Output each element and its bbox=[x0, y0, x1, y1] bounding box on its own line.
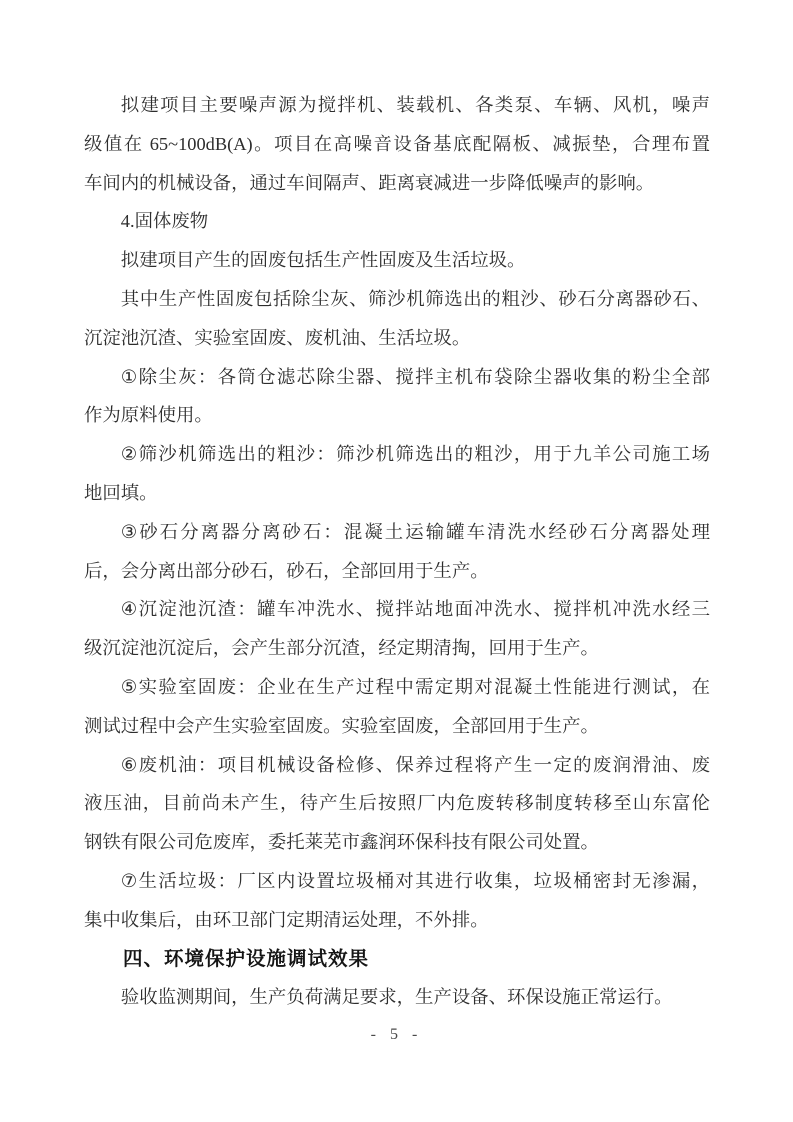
text-line: 钢铁有限公司危废库，委托莱芜市鑫润环保科技有限公司处置。 bbox=[84, 823, 710, 862]
paragraph: 拟建项目主要噪声源为搅拌机、装载机、各类泵、车辆、风机，噪声级值在 65~100… bbox=[84, 86, 710, 202]
text-line: 液压油，目前尚未产生，待产生后按照厂内危废转移制度转移至山东富伦 bbox=[84, 784, 710, 823]
text-line: ①除尘灰：各筒仓滤芯除尘器、搅拌主机布袋除尘器收集的粉尘全部 bbox=[84, 358, 710, 397]
paragraph: 4.固体废物 bbox=[84, 202, 710, 241]
text-line: 作为原料使用。 bbox=[84, 396, 710, 435]
paragraph: ①除尘灰：各筒仓滤芯除尘器、搅拌主机布袋除尘器收集的粉尘全部作为原料使用。 bbox=[84, 358, 710, 436]
text-line: 级值在 65~100dB(A)。项目在高噪音设备基底配隔板、减振垫，合理布置 bbox=[84, 125, 710, 164]
text-line: 其中生产性固废包括除尘灰、筛沙机筛选出的粗沙、砂石分离器砂石、 bbox=[84, 280, 710, 319]
text-line: 测试过程中会产生实验室固废。实验室固废，全部回用于生产。 bbox=[84, 707, 710, 746]
paragraph: 其中生产性固废包括除尘灰、筛沙机筛选出的粗沙、砂石分离器砂石、沉淀池沉渣、实验室… bbox=[84, 280, 710, 358]
paragraph: ⑥废机油：项目机械设备检修、保养过程将产生一定的废润滑油、废液压油，目前尚未产生… bbox=[84, 746, 710, 862]
paragraph: ②筛沙机筛选出的粗沙：筛沙机筛选出的粗沙，用于九羊公司施工场地回填。 bbox=[84, 435, 710, 513]
text-line: 验收监测期间，生产负荷满足要求，生产设备、环保设施正常运行。 bbox=[84, 978, 710, 1017]
text-line: 拟建项目主要噪声源为搅拌机、装载机、各类泵、车辆、风机，噪声 bbox=[84, 86, 710, 125]
paragraph: 拟建项目产生的固废包括生产性固废及生活垃圾。 bbox=[84, 241, 710, 280]
paragraph: ⑦生活垃圾：厂区内设置垃圾桶对其进行收集，垃圾桶密封无渗漏，集中收集后，由环卫部… bbox=[84, 862, 710, 940]
section-heading: 四、环境保护设施调试效果 bbox=[84, 940, 710, 979]
paragraph: ③砂石分离器分离砂石：混凝土运输罐车清洗水经砂石分离器处理后，会分离出部分砂石，… bbox=[84, 513, 710, 591]
text-line: 4.固体废物 bbox=[84, 202, 710, 241]
text-line: 集中收集后，由环卫部门定期清运处理，不外排。 bbox=[84, 901, 710, 940]
text-line: 后，会分离出部分砂石，砂石，全部回用于生产。 bbox=[84, 552, 710, 591]
paragraph: 验收监测期间，生产负荷满足要求，生产设备、环保设施正常运行。 bbox=[84, 978, 710, 1017]
text-line: ④沉淀池沉渣：罐车冲洗水、搅拌站地面冲洗水、搅拌机冲洗水经三 bbox=[84, 590, 710, 629]
document-page: 拟建项目主要噪声源为搅拌机、装载机、各类泵、车辆、风机，噪声级值在 65~100… bbox=[0, 0, 793, 1122]
paragraph: ④沉淀池沉渣：罐车冲洗水、搅拌站地面冲洗水、搅拌机冲洗水经三级沉淀池沉淀后，会产… bbox=[84, 590, 710, 668]
document-body: 拟建项目主要噪声源为搅拌机、装载机、各类泵、车辆、风机，噪声级值在 65~100… bbox=[84, 86, 710, 1017]
page-number: - 5 - bbox=[0, 1022, 793, 1048]
text-line: 沉淀池沉渣、实验室固废、废机油、生活垃圾。 bbox=[84, 319, 710, 358]
text-line: ②筛沙机筛选出的粗沙：筛沙机筛选出的粗沙，用于九羊公司施工场 bbox=[84, 435, 710, 474]
text-line: ③砂石分离器分离砂石：混凝土运输罐车清洗水经砂石分离器处理 bbox=[84, 513, 710, 552]
text-line: 车间内的机械设备，通过车间隔声、距离衰减进一步降低噪声的影响。 bbox=[84, 164, 710, 203]
text-line: ⑦生活垃圾：厂区内设置垃圾桶对其进行收集，垃圾桶密封无渗漏， bbox=[84, 862, 710, 901]
text-line: ⑤实验室固废：企业在生产过程中需定期对混凝土性能进行测试，在 bbox=[84, 668, 710, 707]
text-line: 四、环境保护设施调试效果 bbox=[84, 940, 710, 979]
paragraph: ⑤实验室固废：企业在生产过程中需定期对混凝土性能进行测试，在测试过程中会产生实验… bbox=[84, 668, 710, 746]
text-line: 地回填。 bbox=[84, 474, 710, 513]
text-line: ⑥废机油：项目机械设备检修、保养过程将产生一定的废润滑油、废 bbox=[84, 746, 710, 785]
text-line: 拟建项目产生的固废包括生产性固废及生活垃圾。 bbox=[84, 241, 710, 280]
text-line: 级沉淀池沉淀后，会产生部分沉渣，经定期清掏，回用于生产。 bbox=[84, 629, 710, 668]
